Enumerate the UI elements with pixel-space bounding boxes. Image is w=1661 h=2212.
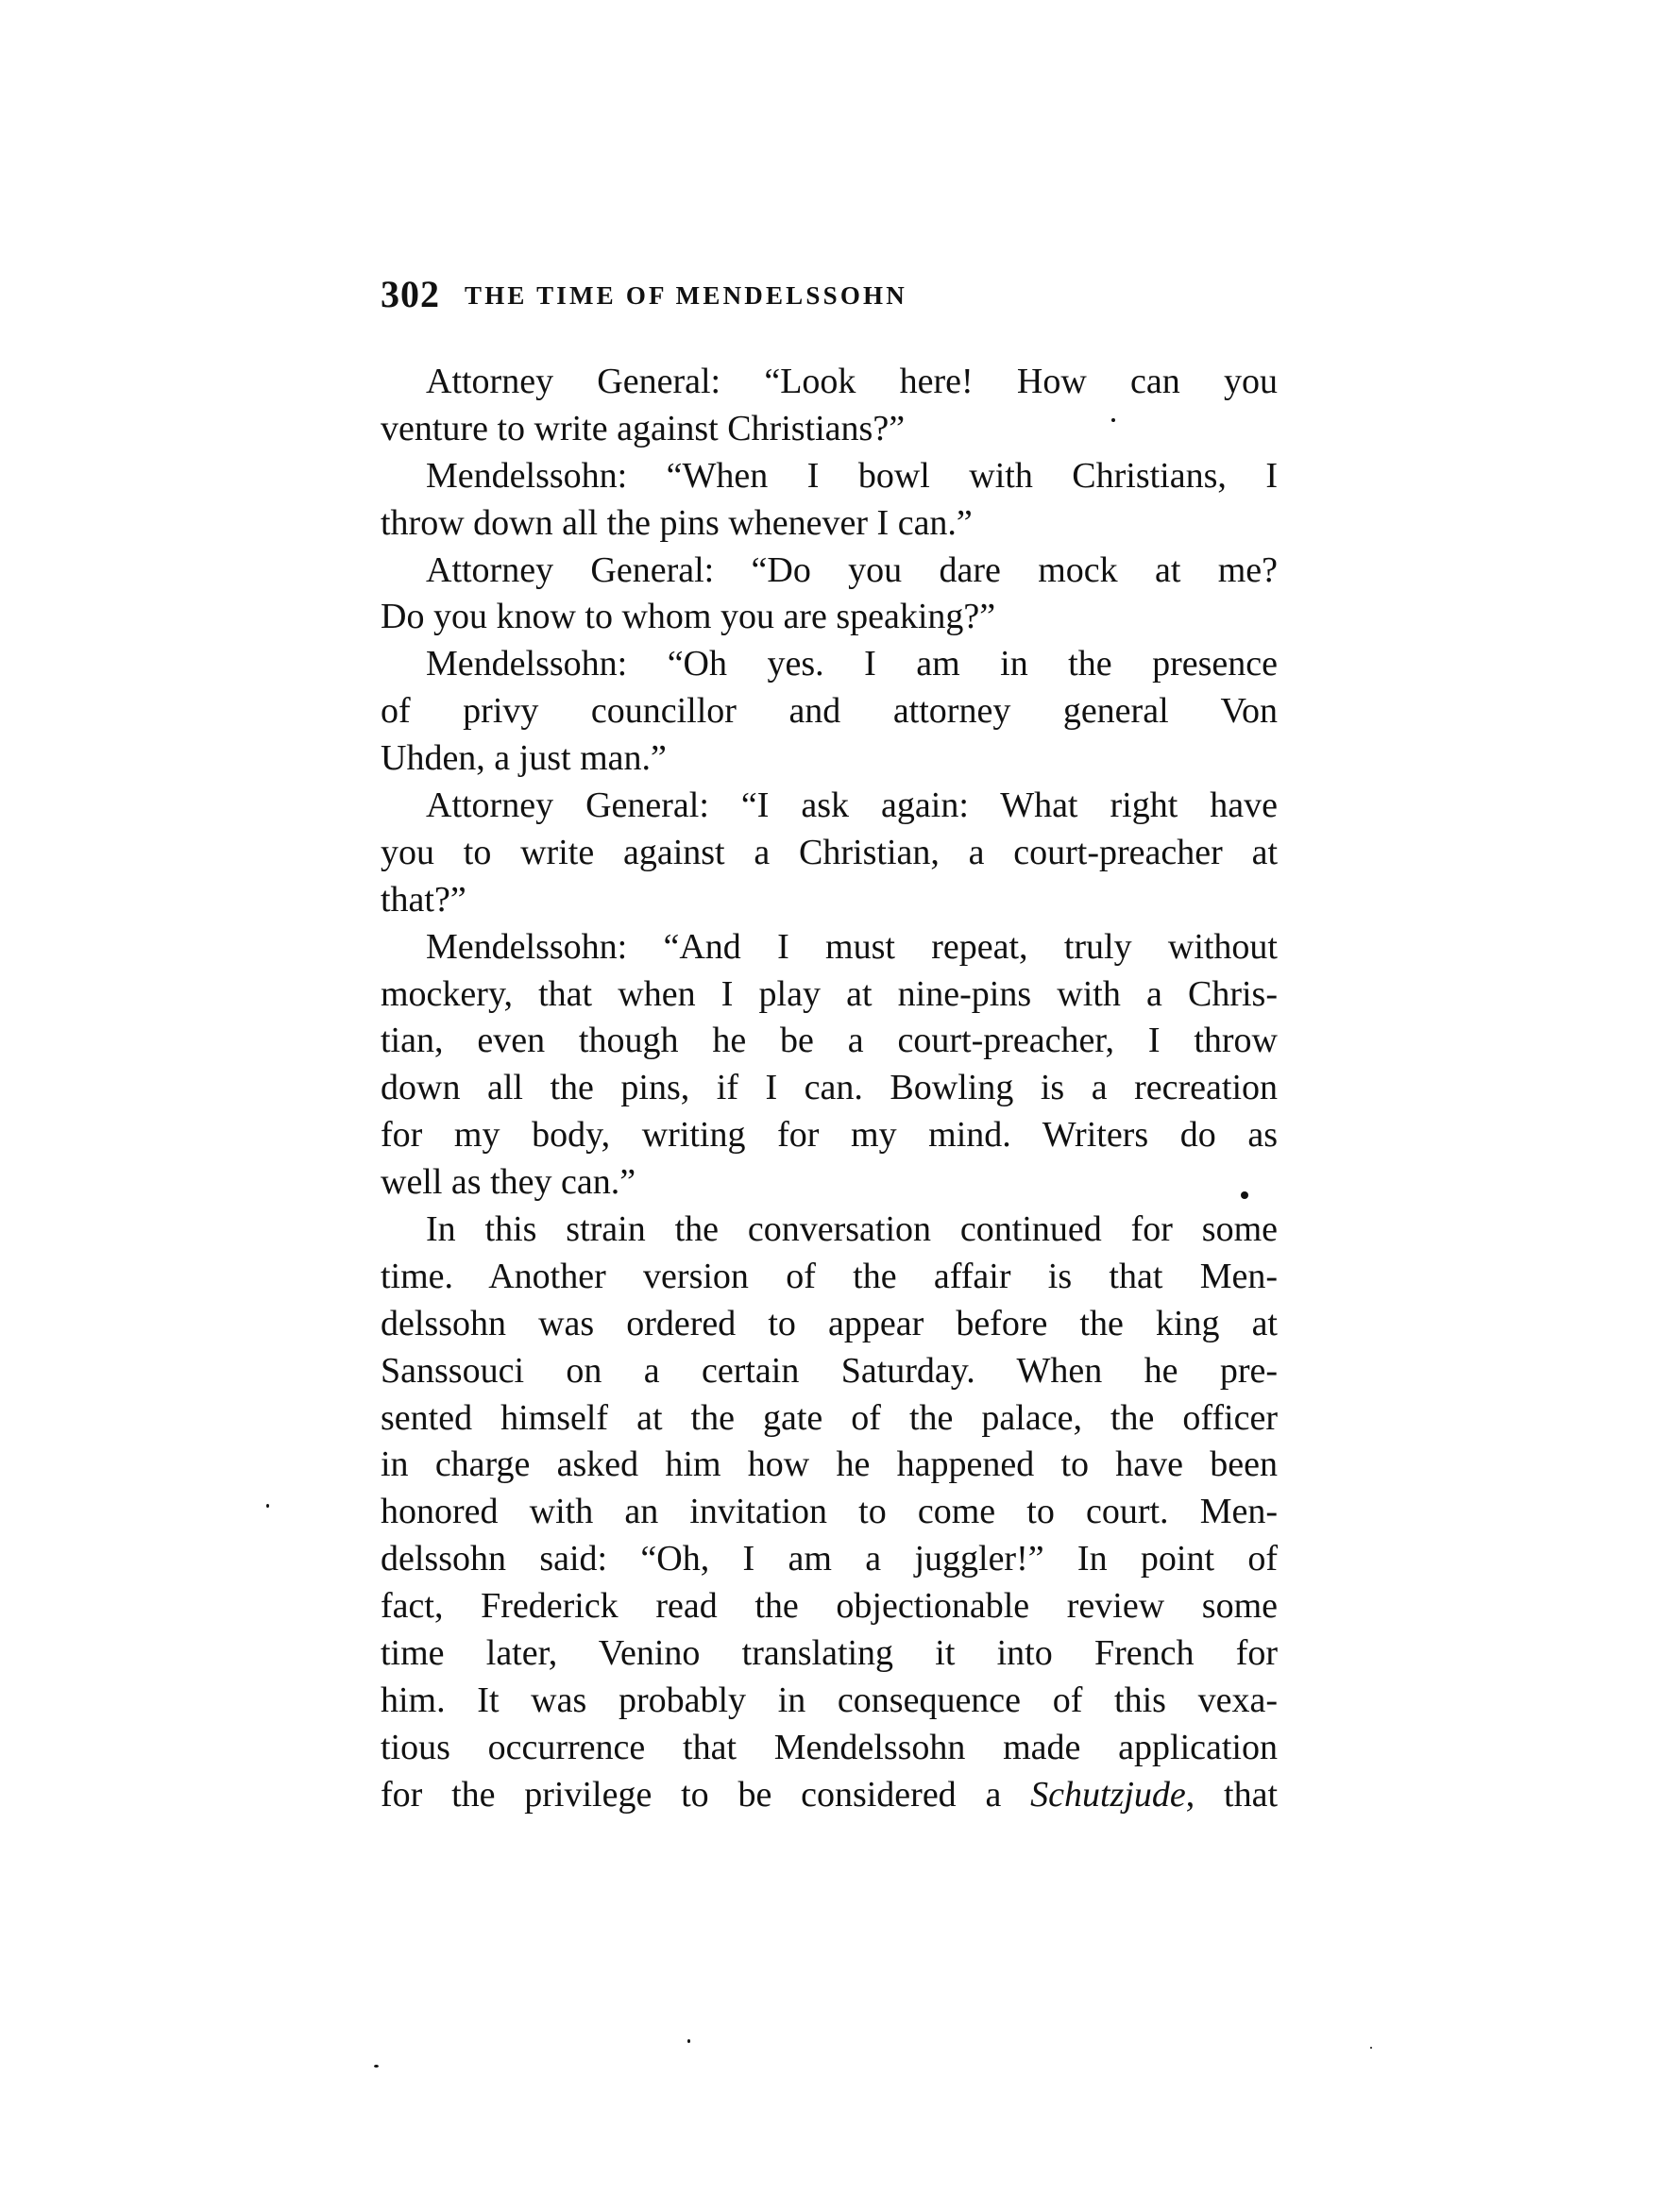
text-line: Mendelssohn: “Oh yes. I am in the presen… (381, 641, 1278, 688)
italic-term-schutzjude: Schutzjude (1030, 1775, 1186, 1815)
scan-speck (1111, 418, 1115, 422)
text-line: Mendelssohn: “When I bowl with Christian… (381, 453, 1278, 500)
text-line: of privy councillor and attorney general… (381, 688, 1278, 735)
body-text: Attorney General: “Look here! How can yo… (381, 359, 1278, 1819)
text-line: well as they can.” (381, 1159, 1278, 1207)
text-line: you to write against a Christian, a cour… (381, 830, 1278, 877)
scan-speck (1241, 1191, 1248, 1199)
text-line: mockery, that when I play at nine-pins w… (381, 971, 1278, 1019)
text-line: him. It was probably in consequence of t… (381, 1678, 1278, 1725)
text-line: time later, Venino translating it into F… (381, 1630, 1278, 1678)
scan-speck (374, 2065, 379, 2068)
final-line-before: for the privilege to be considered a (381, 1775, 1030, 1815)
text-line: Sanssouci on a certain Saturday. When he… (381, 1348, 1278, 1395)
text-line: honored with an invitation to come to co… (381, 1489, 1278, 1536)
text-line: In this strain the conversation continue… (381, 1207, 1278, 1254)
final-line-after: , that (1186, 1775, 1278, 1815)
running-title: THE TIME OF MENDELSSOHN (465, 281, 907, 310)
text-line: down all the pins, if I can. Bowling is … (381, 1065, 1278, 1112)
text-line: time. Another version of the affair is t… (381, 1254, 1278, 1301)
text-line: throw down all the pins whenever I can.” (381, 500, 1278, 548)
scan-speck (1370, 2047, 1372, 2049)
page-number: 302 (381, 276, 440, 313)
text-line: Mendelssohn: “And I must repeat, truly w… (381, 924, 1278, 971)
text-line: venture to write against Christians?” (381, 406, 1278, 453)
text-line: delssohn was ordered to appear before th… (381, 1301, 1278, 1348)
text-line: for my body, writing for my mind. Writer… (381, 1112, 1278, 1159)
running-head: 302 THE TIME OF MENDELSSOHN (381, 276, 1278, 313)
text-line: fact, Frederick read the objectionable r… (381, 1583, 1278, 1630)
text-line: Attorney General: “Do you dare mock at m… (381, 548, 1278, 595)
text-line: in charge asked him how he happened to h… (381, 1442, 1278, 1489)
book-page: 302 THE TIME OF MENDELSSOHN Attorney Gen… (0, 0, 1661, 2212)
text-line: Attorney General: “I ask again: What rig… (381, 783, 1278, 830)
text-line: tian, even though he be a court-preacher… (381, 1018, 1278, 1065)
text-line: Attorney General: “Look here! How can yo… (381, 359, 1278, 406)
text-line: Do you know to whom you are speaking?” (381, 594, 1278, 641)
text-line: delssohn said: “Oh, I am a juggler!” In … (381, 1536, 1278, 1583)
scan-speck (687, 2039, 690, 2043)
text-line: that?” (381, 877, 1278, 924)
scan-speck (266, 1504, 269, 1508)
text-line: tious occurrence that Mendelssohn made a… (381, 1725, 1278, 1772)
text-line: Uhden, a just man.” (381, 735, 1278, 783)
text-line-final: for the privilege to be considered a Sch… (381, 1772, 1278, 1819)
text-line: sented himself at the gate of the palace… (381, 1395, 1278, 1443)
